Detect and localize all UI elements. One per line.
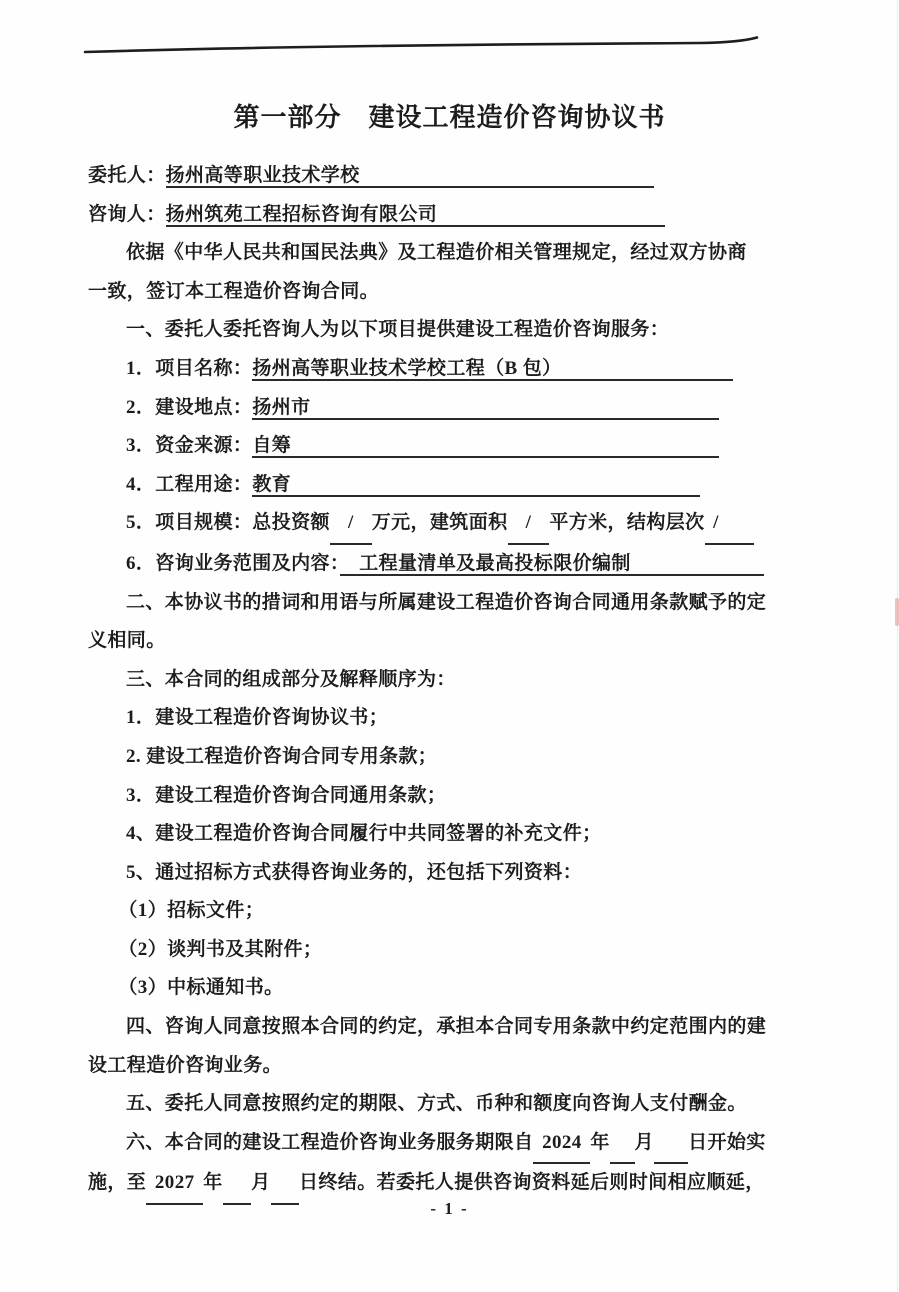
text-run: 咨询人： [88,204,166,225]
text-run: 1．项目名称： [126,358,252,379]
clause-2-line-2: 义相同。 [88,622,755,661]
text-run: 4、建设工程造价咨询合同履行中共同签署的补充文件； [126,823,602,844]
text-run: 施，至 [88,1172,146,1193]
component-1: 1．建设工程造价咨询协议书； [88,699,755,738]
text-run: 5．项目规模：总投资额 [126,512,330,533]
clause-6-line-1: 六、本合同的建设工程造价咨询业务服务期限自2024年月日开始实 [88,1124,755,1165]
material-3: （3）中标通知书。 [88,969,755,1008]
component-4: 4、建设工程造价咨询合同履行中共同签署的补充文件； [88,815,755,854]
item-funding: 3．资金来源：自筹 [88,427,755,466]
scan-artifact-mark [895,598,899,626]
text-run: 委托人： [88,165,166,186]
preamble-line-2: 一致，签订本工程造价咨询合同。 [88,273,755,312]
text-run: （1）招标文件； [118,900,264,921]
filled-blank: 2024 [533,1124,590,1165]
filled-blank: / [705,504,728,545]
clause-3-heading: 三、本合同的组成部分及解释顺序为： [88,661,755,700]
filled-blank: / [330,504,372,545]
text-run: 义相同。 [88,630,166,651]
text-run: 三、本合同的组成部分及解释顺序为： [126,669,456,690]
contract-page: 第一部分 建设工程造价咨询协议书 委托人：扬州高等职业技术学校咨询人：扬州筑苑工… [0,0,899,1292]
document-title: 第一部分 建设工程造价咨询协议书 [0,97,899,134]
text-run: 5、通过招标方式获得咨询业务的，还包括下列资料： [126,862,582,883]
clause-5: 五、委托人同意按照约定的期限、方式、币种和额度向咨询人支付酬金。 [88,1085,755,1124]
clause-4-line-1: 四、咨询人同意按照本合同的约定，承担本合同专用条款中约定范围内的建 [88,1008,755,1047]
preamble-line-1: 依据《中华人民共和国民法典》及工程造价相关管理规定，经过双方协商 [88,234,755,273]
document-body: 委托人：扬州高等职业技术学校咨询人：扬州筑苑工程招标咨询有限公司依据《中华人民共… [88,157,755,1205]
text-run: 五、委托人同意按照约定的期限、方式、币种和额度向咨询人支付酬金。 [126,1093,747,1114]
item-scale: 5．项目规模：总投资额/万元，建筑面积/平方米，结构层次/ [88,504,755,545]
material-2: （2）谈判书及其附件； [88,931,755,970]
text-run: 2．建设地点： [126,397,252,418]
text-run: （2）谈判书及其附件； [118,939,322,960]
text-run: 3．建设工程造价咨询合同通用条款； [126,785,446,806]
text-run: 六、本合同的建设工程造价咨询业务服务期限自 [126,1132,533,1153]
item-usage: 4．工程用途：教育 [88,466,755,505]
component-2: 2. 建设工程造价咨询合同专用条款； [88,738,755,777]
text-run: 设工程造价咨询业务。 [88,1055,282,1076]
filled-blank: 扬州筑苑工程招标咨询有限公司 [166,204,666,227]
clause-4-line-2: 设工程造价咨询业务。 [88,1047,755,1086]
clause-2-line-1: 二、本协议书的措词和用语与所属建设工程造价咨询合同通用条款赋予的定 [88,584,755,623]
text-run: 1．建设工程造价咨询协议书； [126,707,388,728]
text-run: 2. 建设工程造价咨询合同专用条款； [126,746,437,767]
filled-blank: 扬州高等职业技术学校 [166,165,655,188]
text-run: 4．工程用途： [126,474,252,495]
text-run: 年 [203,1172,222,1193]
filled-blank: / [508,504,550,545]
text-run: 一、委托人委托咨询人为以下项目提供建设工程造价咨询服务： [126,319,669,340]
text-run: 一致，签订本工程造价咨询合同。 [88,281,379,302]
empty-blank [654,1124,688,1165]
page-edge-shade [897,0,898,1292]
clause-1-heading: 一、委托人委托咨询人为以下项目提供建设工程造价咨询服务： [88,311,755,350]
component-5: 5、通过招标方式获得咨询业务的，还包括下列资料： [88,854,755,893]
text-run: 6．咨询业务范围及内容： [126,553,340,574]
page-number: - 1 - [0,1199,899,1219]
text-run: 万元，建筑面积 [372,512,508,533]
material-1: （1）招标文件； [88,892,755,931]
text-run: 四、咨询人同意按照本合同的约定，承担本合同专用条款中约定范围内的建 [126,1016,766,1037]
component-3: 3．建设工程造价咨询合同通用条款； [88,777,755,816]
party-client-line: 委托人：扬州高等职业技术学校 [88,157,755,196]
item-location: 2．建设地点：扬州市 [88,389,755,428]
filled-blank: 扬州市 [252,397,719,420]
text-run: 3．资金来源： [126,435,252,456]
text-run: （3）中标通知书。 [118,977,283,998]
filled-blank: 扬州高等职业技术学校工程（B 包） [252,358,732,381]
text-run: 月 [635,1132,654,1153]
text-run: 日终结。若委托人提供咨询资料延后则时间相应顺延， [299,1172,765,1193]
text-run: 平方米，结构层次 [549,512,704,533]
text-run: 依据《中华人民共和国民法典》及工程造价相关管理规定，经过双方协商 [126,242,747,263]
scan-artifact-line [0,0,899,70]
filled-blank: 自筹 [252,435,718,458]
filled-blank: 工程量清单及最高投标限价编制 [340,553,764,576]
text-run: 月 [251,1172,270,1193]
text-run: 年 [590,1132,609,1153]
empty-blank [727,504,754,545]
party-consultant-line: 咨询人：扬州筑苑工程招标咨询有限公司 [88,196,755,235]
item-project-name: 1．项目名称：扬州高等职业技术学校工程（B 包） [88,350,755,389]
text-run: 日开始实 [688,1132,766,1153]
item-scope: 6．咨询业务范围及内容： 工程量清单及最高投标限价编制 [88,545,755,584]
empty-blank [610,1124,635,1165]
text-run: 二、本协议书的措词和用语与所属建设工程造价咨询合同通用条款赋予的定 [126,592,766,613]
filled-blank: 教育 [252,474,699,497]
